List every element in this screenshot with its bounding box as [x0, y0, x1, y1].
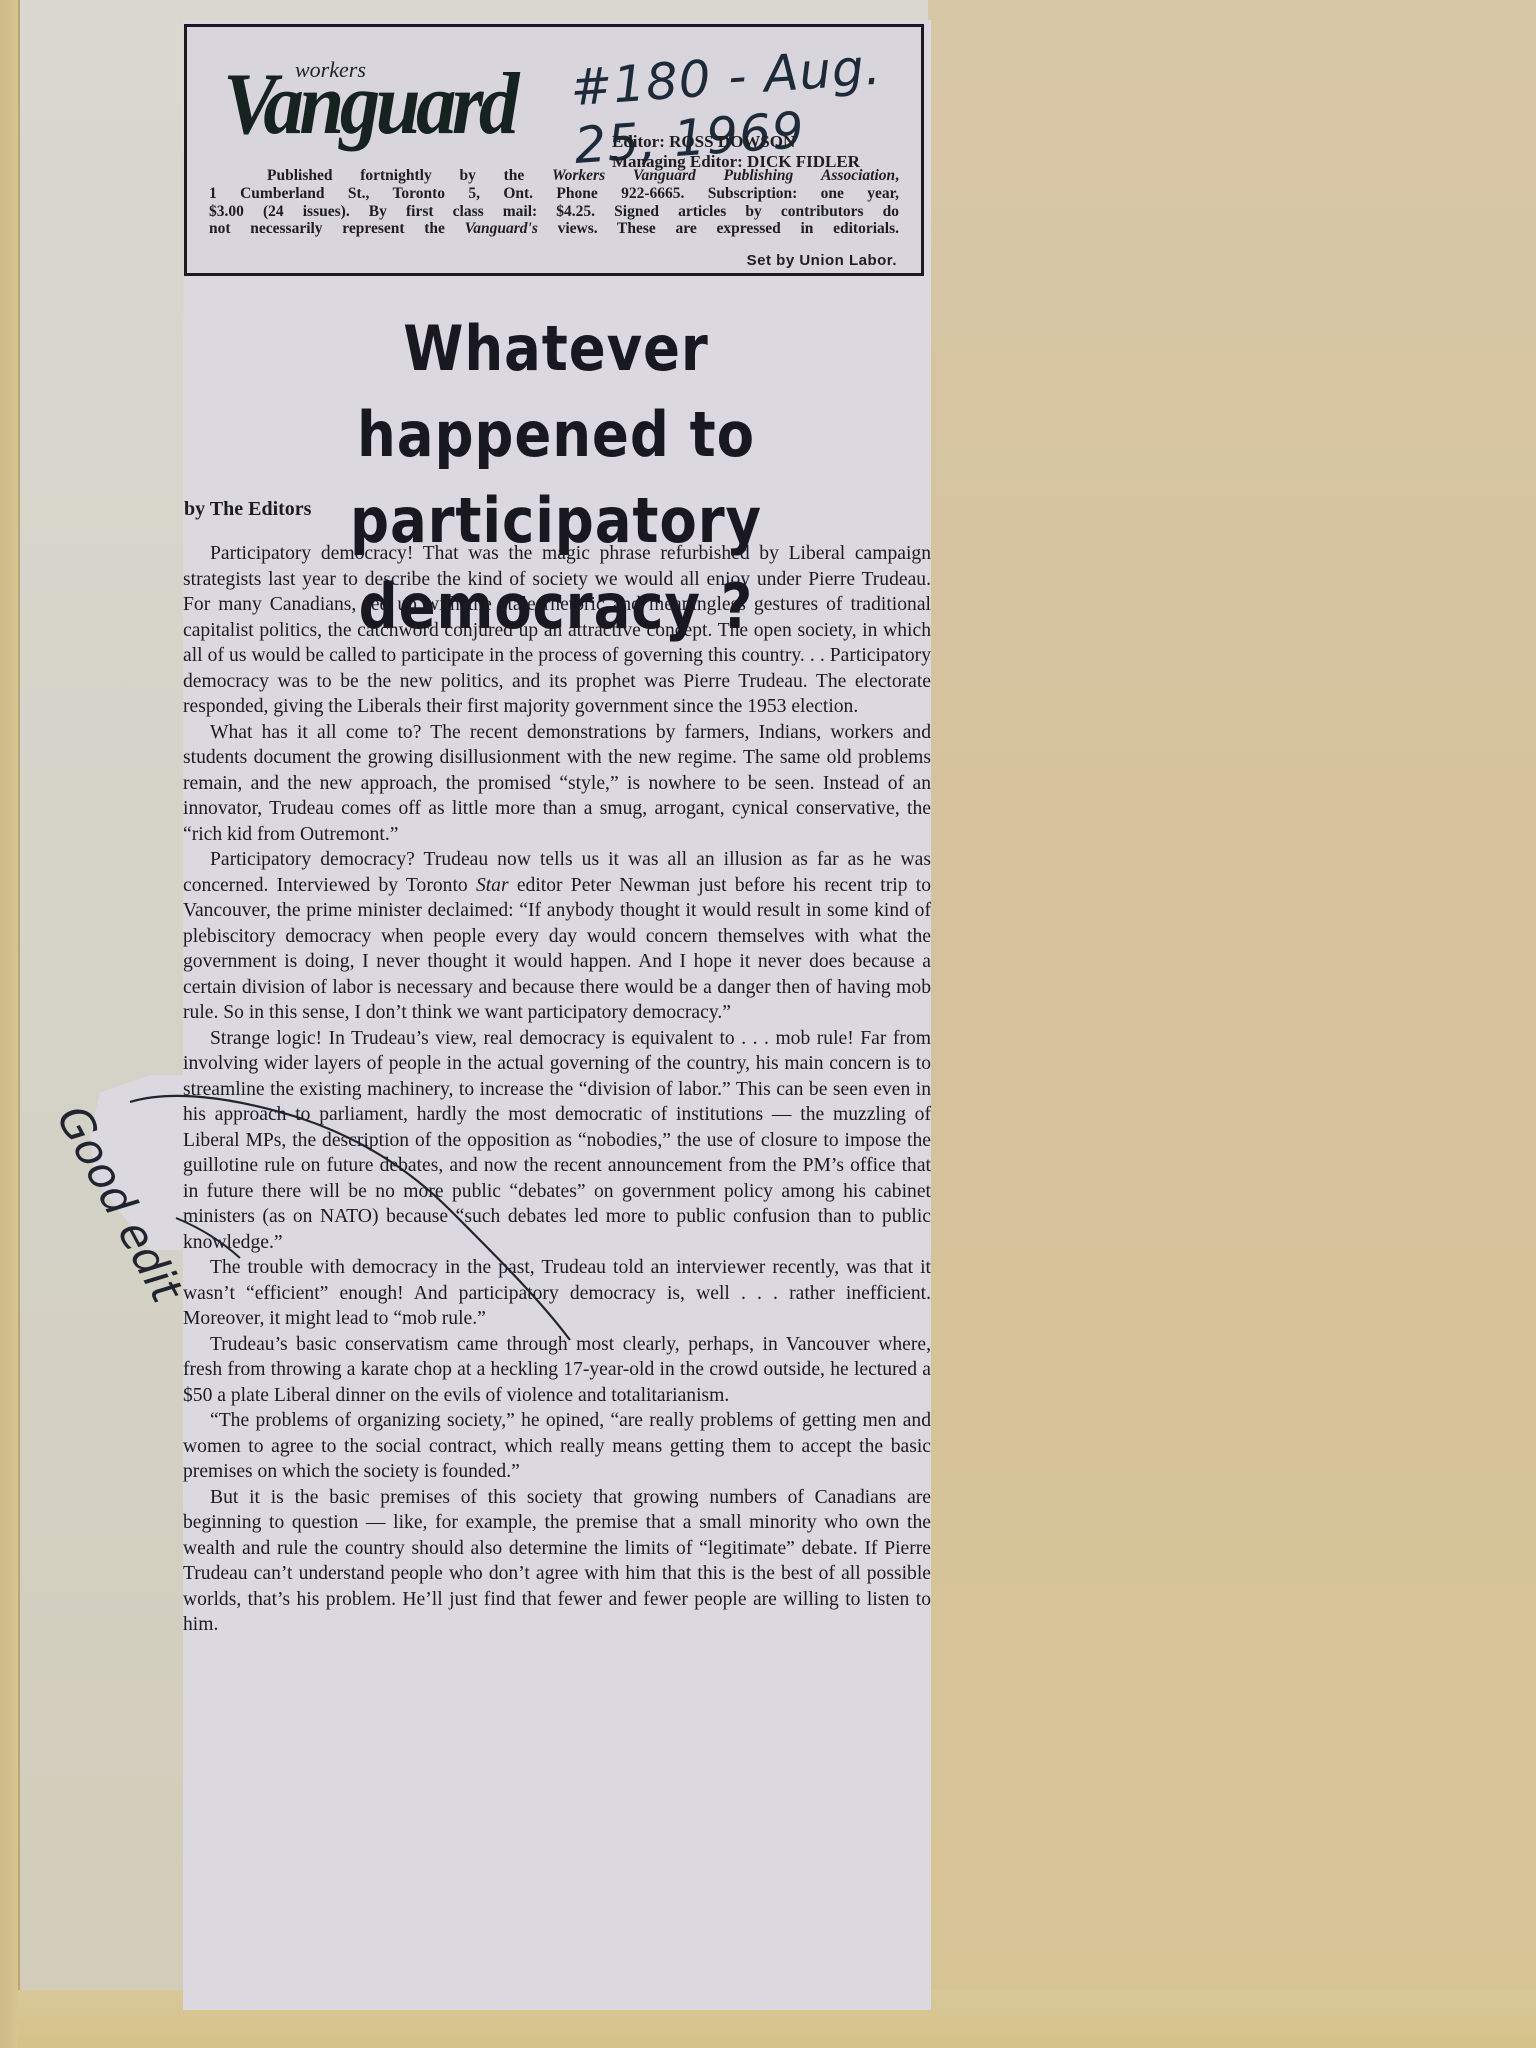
- publisher-info: Published fortnightly by the Workers Van…: [209, 167, 899, 238]
- article-body: Participatory democracy! That was the ma…: [183, 541, 931, 1638]
- editor-line: Editor: ROSS DOWSON: [612, 132, 860, 152]
- publisher-info-line: 1 Cumberland St., Toronto 5, Ont. Phone …: [209, 185, 899, 203]
- article-paragraph: Participatory democracy! That was the ma…: [183, 541, 931, 720]
- article-byline: by The Editors: [184, 498, 311, 521]
- article-paragraph: What has it all come to? The recent demo…: [183, 720, 931, 848]
- masthead-box: Vanguard workers #180 - Aug. 25, 1969 Ed…: [184, 24, 924, 276]
- publication-logo-small: workers: [295, 57, 366, 83]
- article-paragraph: “The problems of organizing society,” he…: [183, 1408, 931, 1485]
- publication-logo: Vanguard: [223, 61, 515, 149]
- article-paragraph: But it is the basic premises of this soc…: [183, 1485, 931, 1638]
- article-paragraph: Strange logic! In Trudeau’s view, real d…: [183, 1026, 931, 1256]
- publisher-info-line: Published fortnightly by the Workers Van…: [209, 167, 899, 185]
- article-paragraph: The trouble with democracy in the past, …: [183, 1255, 931, 1332]
- union-label: Set by Union Labor.: [747, 252, 897, 269]
- headline-line-1: Whatever happened to: [239, 306, 873, 478]
- publisher-info-line: not necessarily represent the Vanguard's…: [209, 220, 899, 238]
- publisher-info-line: $3.00 (24 issues). By first class mail: …: [209, 203, 899, 221]
- article-paragraph: Trudeau’s basic conservatism came throug…: [183, 1332, 931, 1409]
- background-board: [928, 0, 1536, 2048]
- article-paragraph: Participatory democracy? Trudeau now tel…: [183, 847, 931, 1026]
- left-edge-strip: [0, 0, 18, 2048]
